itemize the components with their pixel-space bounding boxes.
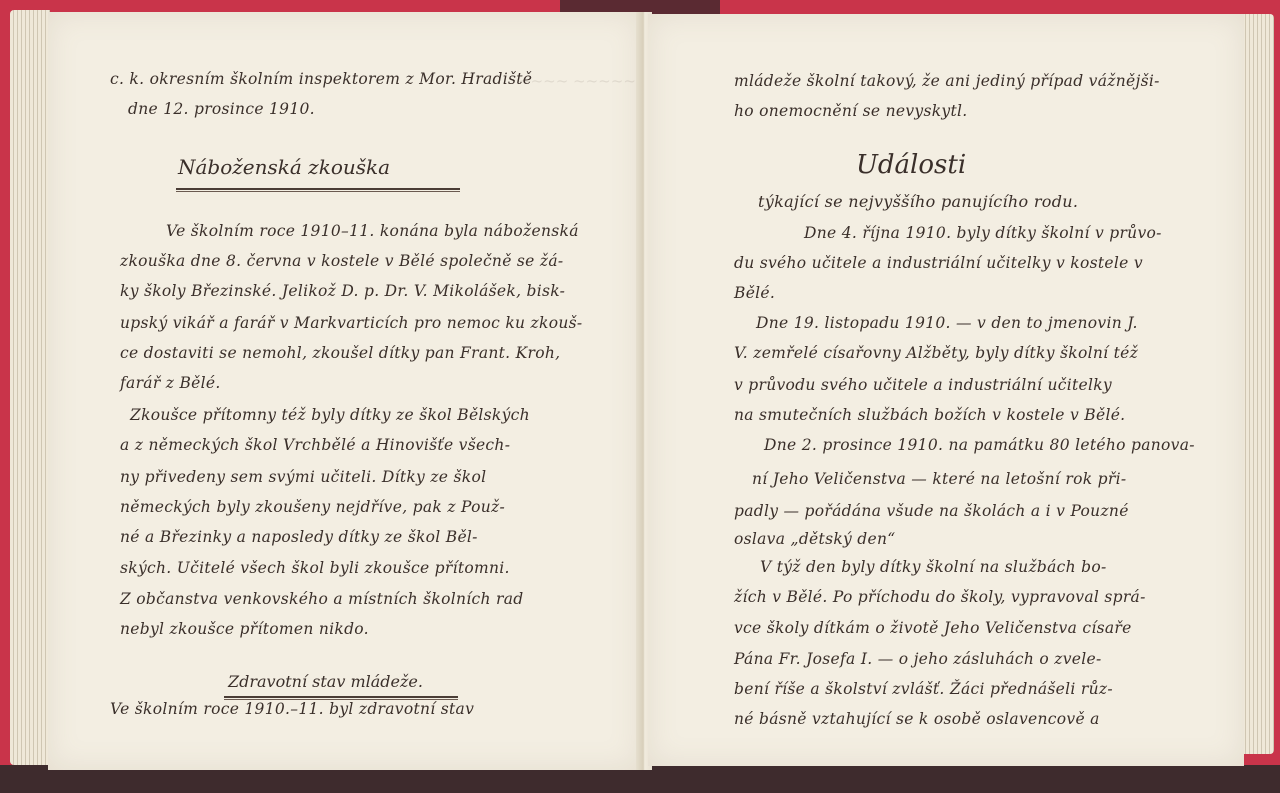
heading-underline — [224, 696, 458, 698]
text-line: Ve školním roce 1910–11. konána byla náb… — [166, 222, 579, 240]
text-line: padly — pořádána všude na školách a i v … — [734, 502, 1129, 520]
text-line: ho onemocnění se nevyskytl. — [734, 102, 968, 120]
text-line: V týž den byly dítky školní na službách … — [760, 558, 1107, 576]
text-line: upský vikář a farář v Markvarticích pro … — [120, 314, 582, 332]
section-heading-events: Události — [856, 150, 966, 180]
text-line: nebyl zkoušce přítomen nikdo. — [120, 620, 369, 638]
text-line: ce dostaviti se nemohl, zkoušel dítky pa… — [120, 344, 560, 362]
text-line: bení říše a školství zvlášť. Žáci předná… — [734, 680, 1113, 698]
text-line: V. zemřelé císařovny Alžběty, byly dítky… — [734, 344, 1138, 362]
text-line: Dne 2. prosince 1910. na památku 80 leté… — [764, 436, 1195, 454]
section-subheading-events: týkající se nejvyššího panujícího rodu. — [758, 192, 1078, 211]
text-line: ny přivedeny sem svými učiteli. Dítky ze… — [120, 468, 486, 486]
bleed-through-text: ~~~~ ~~~~~~ — [518, 72, 648, 90]
text-line: du svého učitele a industriální učitelky… — [734, 254, 1143, 272]
text-line: Ve školním roce 1910.–11. byl zdravotní … — [110, 700, 474, 718]
text-line: c. k. okresním školním inspektorem z Mor… — [110, 70, 532, 88]
right-page: mládeže školní takový, že ani jediný pří… — [648, 14, 1244, 766]
text-line: ní Jeho Veličenstva — které na letošní r… — [752, 470, 1126, 488]
text-line: Z občanstva venkovského a místních školn… — [120, 590, 524, 608]
text-line: né básně vztahující se k osobě oslavenco… — [734, 710, 1100, 728]
text-line: dne 12. prosince 1910. — [128, 100, 315, 118]
text-line: ských. Učitelé všech škol byli zkoušce p… — [120, 559, 510, 577]
text-line: vce školy dítkám o životě Jeho Veličenst… — [734, 619, 1132, 637]
text-line: na smutečních službách božích v kostele … — [734, 406, 1125, 424]
text-line: Dne 19. listopadu 1910. — v den to jmeno… — [756, 314, 1138, 332]
text-line: Zkoušce přítomny též byly dítky ze škol … — [130, 406, 530, 424]
text-line: žích v Bělé. Po příchodu do školy, vypra… — [734, 588, 1146, 606]
section-heading-religious-exam: Náboženská zkouška — [178, 155, 390, 179]
left-page: ~~~~ ~~~~~~ c. k. okresním školním inspe… — [48, 12, 640, 770]
section-heading-health: Zdravotní stav mládeže. — [228, 672, 423, 691]
text-line: ky školy Březinské. Jelikož D. p. Dr. V.… — [120, 282, 565, 300]
text-line: zkouška dne 8. června v kostele v Bělé s… — [120, 252, 563, 270]
text-line: německých byly zkoušeny nejdříve, pak z … — [120, 498, 505, 516]
text-line: Dne 4. října 1910. byly dítky školní v p… — [804, 224, 1162, 242]
text-line: mládeže školní takový, že ani jediný pří… — [734, 72, 1160, 90]
text-line: farář z Bělé. — [120, 374, 221, 392]
text-line: a z německých škol Vrchbělé a Hinovišťe … — [120, 436, 510, 454]
text-line: Pána Fr. Josefa I. — o jeho zásluhách o … — [734, 650, 1102, 668]
left-page-edges — [10, 10, 50, 765]
text-line: né a Březinky a naposledy dítky ze škol … — [120, 528, 478, 546]
text-line: v průvodu svého učitele a industriální u… — [734, 376, 1112, 394]
heading-underline — [176, 188, 460, 190]
text-line: oslava „dětský den“ — [734, 530, 896, 548]
text-line: Bělé. — [734, 284, 775, 302]
